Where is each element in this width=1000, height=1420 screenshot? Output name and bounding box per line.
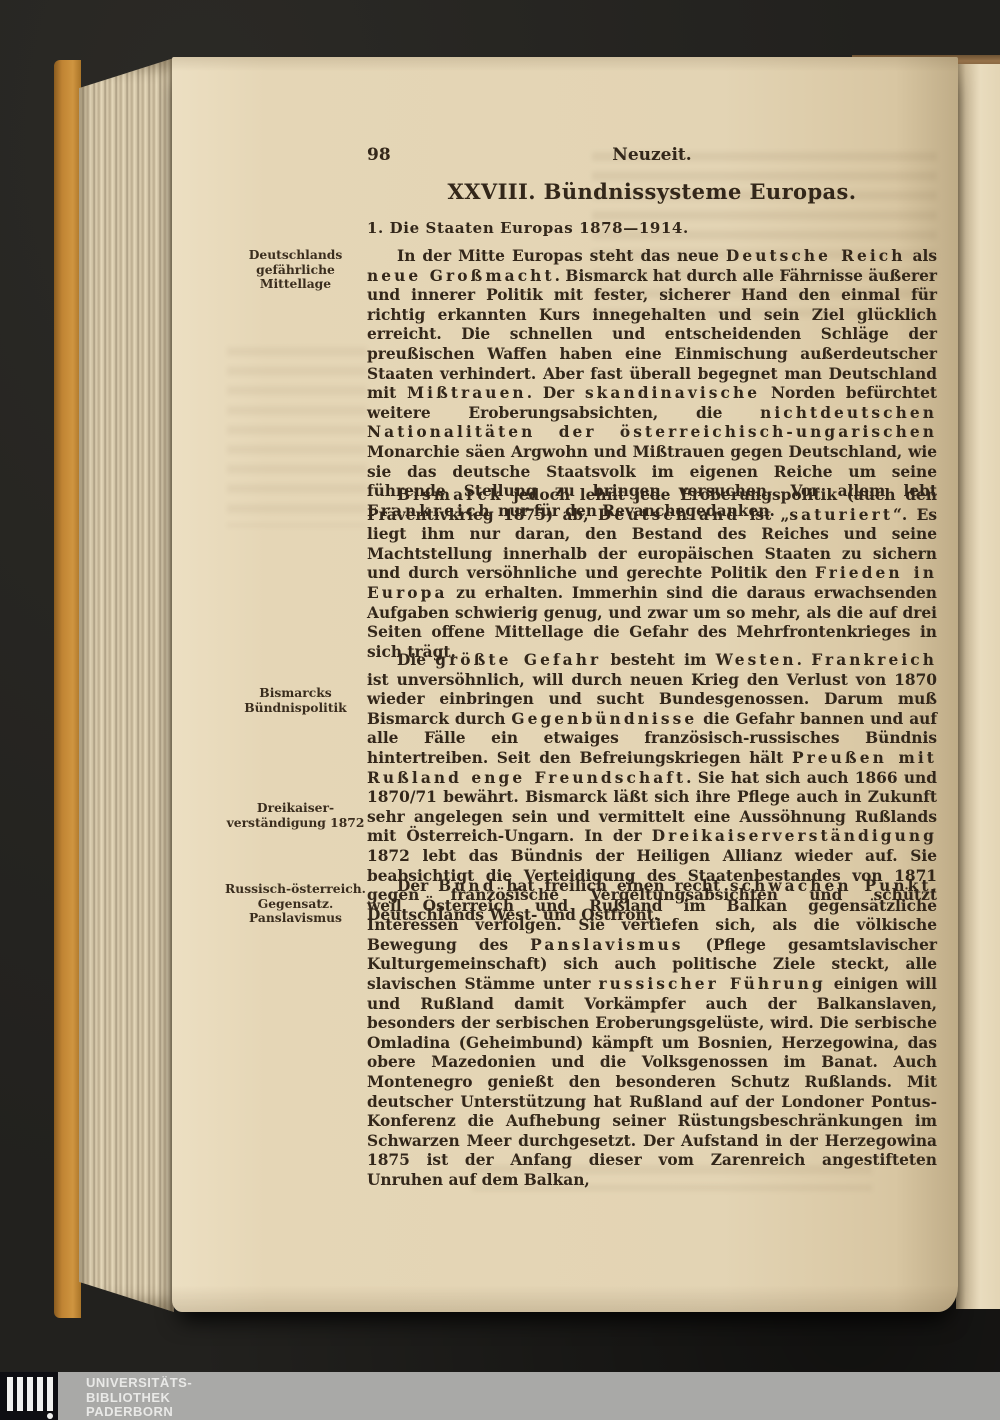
margin-note: BismarcksBündnispolitik <box>224 686 367 715</box>
running-header: Neuzeit. <box>367 145 937 165</box>
library-logo-icon <box>0 1372 58 1420</box>
logo-bar <box>27 1377 33 1411</box>
logo-dot <box>47 1413 53 1419</box>
facing-page-edge <box>956 64 1000 1309</box>
logo-bar <box>7 1377 13 1411</box>
paragraph: Der Bund hat freilich einen recht schwac… <box>367 877 937 1191</box>
logo-bar <box>47 1377 53 1411</box>
book-page-stack <box>79 58 174 1312</box>
logo-bar <box>37 1377 43 1411</box>
paragraph: In der Mitte Europas steht das neue Deut… <box>367 247 937 521</box>
logo-bar <box>17 1377 23 1411</box>
margin-note: Russisch-österreich.Gegensatz.Panslavism… <box>224 882 367 926</box>
book-cover-edge <box>54 60 81 1318</box>
book-page: 98 Neuzeit. XXVIII. Bündnissysteme Europ… <box>172 57 958 1312</box>
section-heading: 1. Die Staaten Europas 1878—1914. <box>367 219 689 237</box>
chapter-title: XXVIII. Bündnissysteme Europas. <box>367 179 937 204</box>
margin-note: DeutschlandsgefährlicheMittellage <box>224 248 367 292</box>
margin-note: Dreikaiser-verständigung 1872 <box>224 801 367 830</box>
library-name: UNIVERSITÄTS-BIBLIOTHEKPADERBORN <box>86 1376 192 1420</box>
library-footer-bar: UNIVERSITÄTS-BIBLIOTHEKPADERBORN <box>0 1372 1000 1420</box>
show-through-text <box>227 347 367 527</box>
paragraph: Bismarck jedoch lehnt jede Eroberungspol… <box>367 486 937 662</box>
